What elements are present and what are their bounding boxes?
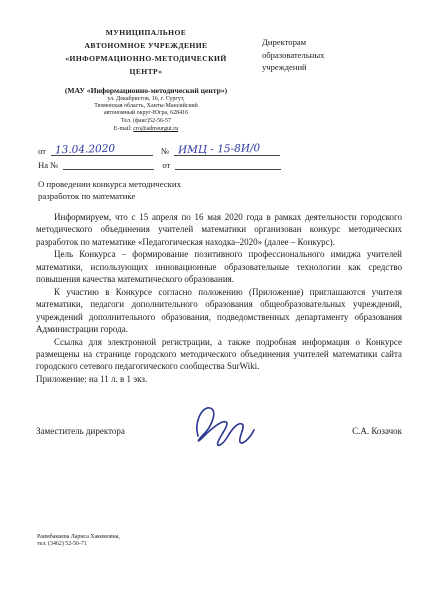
- letterhead: МУНИЦИПАЛЬНОЕ АВТОНОМНОЕ УЧРЕЖДЕНИЕ «ИНФ…: [28, 26, 264, 133]
- reply-label: На №: [38, 160, 58, 170]
- handwritten-date: 13.04.2020: [55, 142, 157, 157]
- org-short-name: (МАУ «Информационно-методический центр»): [28, 86, 264, 96]
- org-name-line: «ИНФОРМАЦИОННО-МЕТОДИЧЕСКИЙ: [28, 52, 264, 65]
- org-address-line: автономный округ-Югра, 628416: [28, 110, 264, 117]
- recipient-line: учреждений: [262, 61, 324, 74]
- scanned-letter-page: МУНИЦИПАЛЬНОЕ АВТОНОМНОЕ УЧРЕЖДЕНИЕ «ИНФ…: [0, 0, 424, 599]
- attachment-note: Приложение: на 11 л. в 1 экз.: [36, 373, 402, 385]
- recipient-block: Директорам образовательных учреждений: [262, 36, 324, 74]
- letter-body: Информируем, что с 15 апреля по 16 мая 2…: [36, 211, 402, 385]
- body-paragraph: Цель Конкурса – формирование позитивного…: [36, 248, 402, 285]
- subject-line: разработок по математике: [38, 190, 263, 202]
- recipient-line: Директорам: [262, 36, 324, 49]
- org-name-line: ЦЕНТР»: [28, 65, 264, 78]
- recipient-line: образовательных: [262, 49, 324, 62]
- body-paragraph: Ссылка для электронной регистрации, а та…: [36, 336, 402, 373]
- reference-row-incoming: На № от: [38, 156, 281, 170]
- reference-row-outgoing: от 13.04.2020 № ИМЦ - 15-8И/0: [38, 142, 281, 156]
- reply-number-line: [63, 157, 154, 170]
- email-label: E-mail:: [114, 126, 132, 132]
- subject-block: О проведении конкурса методических разра…: [38, 178, 263, 202]
- reply-from-label: от: [162, 160, 170, 170]
- reference-block: от 13.04.2020 № ИМЦ - 15-8И/0 На № от: [38, 142, 281, 170]
- org-name-line: МУНИЦИПАЛЬНОЕ: [28, 26, 264, 39]
- signature-row: Заместитель директора С.А. Козачок: [36, 426, 402, 436]
- executor-footer: Раимбакиева Лариса Хакимовна, тел. (3462…: [37, 534, 120, 549]
- number-line: ИМЦ - 15-8И/0: [174, 143, 280, 156]
- org-name-line: АВТОНОМНОЕ УЧРЕЖДЕНИЕ: [28, 39, 264, 52]
- from-label: от: [38, 146, 46, 156]
- number-label: №: [161, 146, 169, 156]
- handwritten-number: ИМЦ - 15-8И/0: [178, 142, 284, 157]
- body-paragraph: К участию в Конкурсе согласно положению …: [36, 286, 402, 336]
- executor-phone: тел. (3462) 52-56-71: [37, 541, 120, 548]
- org-phone: Тел. (факс)52-56-57: [28, 118, 264, 125]
- date-line: 13.04.2020: [51, 143, 153, 156]
- signer-name: С.А. Козачок: [352, 426, 402, 436]
- org-email-line: E-mail: cro@admsurgut.ru: [28, 126, 264, 133]
- reply-date-line: [175, 157, 281, 170]
- subject-line: О проведении конкурса методических: [38, 178, 263, 190]
- signer-position: Заместитель директора: [36, 426, 125, 436]
- body-paragraph: Информируем, что с 15 апреля по 16 мая 2…: [36, 211, 402, 248]
- email-link[interactable]: cro@admsurgut.ru: [133, 126, 178, 132]
